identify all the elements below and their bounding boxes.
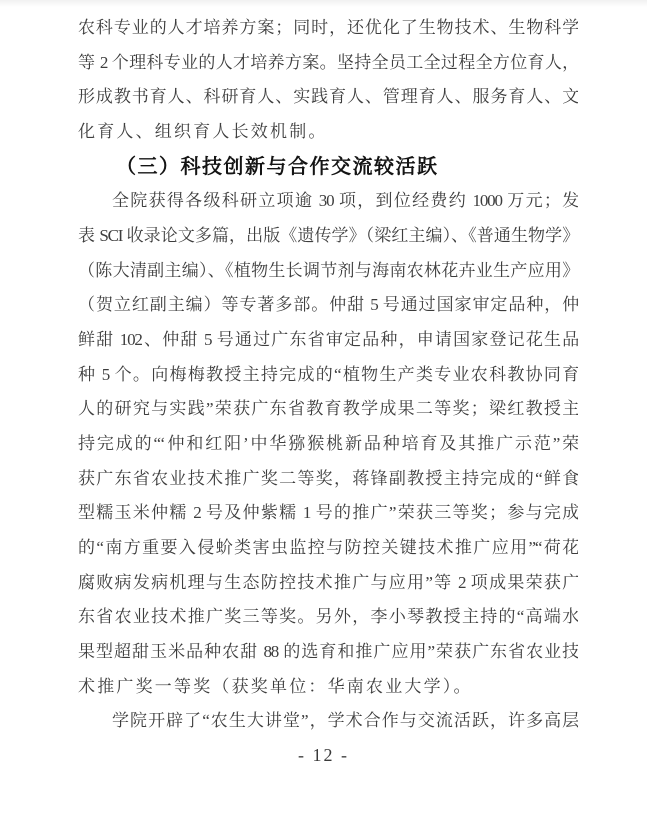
text-line: 型糯玉米仲糯 2 号及仲紫糯 1 号的推广”荣获三等奖；参与完成 — [78, 496, 578, 531]
text-line: 形成教书育人、科研育人、实践育人、管理育人、服务育人、文 — [78, 80, 578, 115]
text-line: 术推广奖一等奖（获奖单位：华南农业大学）。 — [78, 670, 578, 705]
text-line: 人的研究与实践”荣获广东省教育教学成果二等奖；梁红教授主 — [78, 392, 578, 427]
page-number: - 12 - — [0, 738, 647, 773]
text-line: 腐败病发病机理与生态防控技术推广与应用”等 2 项成果荣获广 — [78, 566, 578, 601]
text-line: 持完成的“‘仲和红阳’中华猕猴桃新品种培育及其推广示范”荣 — [78, 427, 578, 462]
text-line: 的“南方重要入侵蚧类害虫监控与防控关键技术推广应用”“荷花 — [78, 531, 578, 566]
text-line: （陈大清副主编）、《植物生长调节剂与海南农林花卉业生产应用》 — [78, 254, 578, 289]
text-line: 学院开辟了“农生大讲堂”，学术合作与交流活跃，许多高层 — [78, 704, 578, 739]
text-line: 农科专业的人才培养方案；同时，还优化了生物技术、生物科学 — [78, 11, 578, 46]
text-line: 获广东省农业技术推广奖二等奖，蒋锋副教授主持完成的“鲜食 — [78, 462, 578, 497]
text-line: 种 5 个。向梅梅教授主持完成的“植物生产类专业农科教协同育 — [78, 358, 578, 393]
text-line: （贺立红副主编）等专著多部。仲甜 5 号通过国家审定品种，仲 — [78, 288, 578, 323]
text-line: 表 SCI 收录论文多篇，出版《遗传学》（梁红主编）、《普通生物学》 — [78, 219, 578, 254]
text-line: 鲜甜 102、仲甜 5 号通过广东省审定品种，申请国家登记花生品 — [78, 323, 578, 358]
text-line: 全院获得各级科研立项逾 30 项，到位经费约 1000 万元；发 — [78, 184, 578, 219]
text-line: 果型超甜玉米品种农甜 88 的选育和推广应用”荣获广东省农业技 — [78, 635, 578, 670]
text-line: 东省农业技术推广奖三等奖。另外，李小琴教授主持的“高端水 — [78, 600, 578, 635]
text-line: 等 2 个理科专业的人才培养方案。坚持全员工全过程全方位育人， — [78, 46, 578, 81]
text-line: 化育人、组织育人长效机制。 — [78, 115, 578, 150]
document-body: 农科专业的人才培养方案；同时，还优化了生物技术、生物科学等 2 个理科专业的人才… — [78, 11, 578, 739]
document-page: 农科专业的人才培养方案；同时，还优化了生物技术、生物科学等 2 个理科专业的人才… — [0, 0, 647, 816]
section-heading: （三）科技创新与合作交流较活跃 — [78, 150, 578, 185]
